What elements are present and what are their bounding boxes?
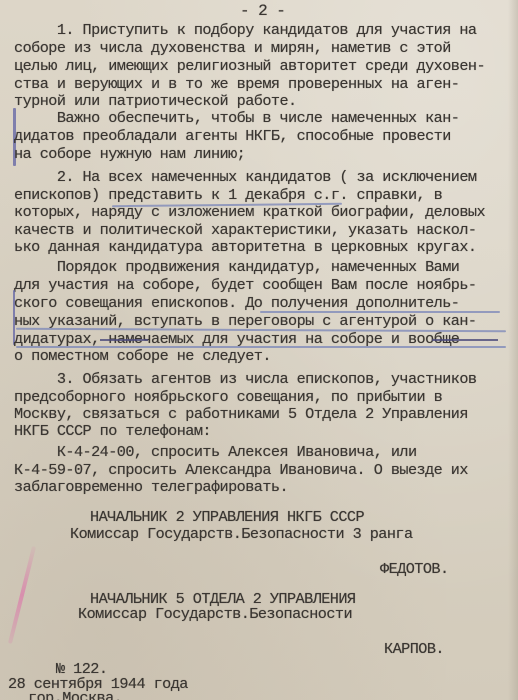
text-line: которых, наряду с изложением краткой био… — [14, 203, 485, 221]
signature-title: НАЧАЛЬНИК 2 УПРАВЛЕНИЯ НКГБ СССР — [90, 508, 364, 526]
text-line: турной или патриотической работе. — [14, 92, 297, 110]
text-line: ского совещания епископов. До получения … — [14, 294, 459, 312]
text-line: К-4-59-07, спросить Александра Ивановича… — [14, 461, 468, 479]
document-place: гор.Москва. — [28, 689, 122, 700]
text-line: Важно обеспечить, чтобы в числе намеченн… — [14, 109, 459, 127]
page-number: - 2 - — [240, 2, 285, 20]
text-line: целью лиц, имеющих религиозный авторитет… — [14, 57, 485, 75]
text-line: на соборе нужную нам линию; — [14, 145, 245, 163]
signature-name: ФЕДОТОВ. — [380, 560, 449, 578]
text-line: ько данная кандидатура авторитетна в цер… — [14, 238, 476, 256]
strikethrough — [432, 339, 498, 341]
text-line: 3. Обязать агентов из числа епископов, у… — [14, 370, 476, 388]
text-line: ства и верующих и в то же время проверен… — [14, 75, 459, 93]
text-line: 1. Приступить к подбору кандидатов для у… — [14, 21, 476, 39]
text-line: К-4-24-00, спросить Алексея Ивановича, и… — [14, 443, 417, 461]
text-line: епископов) представить к 1 декабря с.г. … — [14, 186, 442, 204]
text-line: качеств и политической характеристики, у… — [14, 221, 476, 239]
text-line: предсоборного ноябрьского совещания, по … — [14, 388, 442, 406]
signature-rank: Комиссар Государств.Безопасности — [78, 605, 352, 623]
text-line: НКГБ СССР по телефонам: — [14, 422, 211, 440]
strikethrough — [100, 339, 148, 341]
text-line: заблаговременно телеграфировать. — [14, 478, 288, 496]
text-line: дидатов преобладали агенты НКГБ, способн… — [14, 127, 451, 145]
text-line: Порядок продвижения кандидатур, намеченн… — [14, 258, 459, 276]
text-line: для участия на соборе, будет сообщен Вам… — [14, 276, 476, 294]
text-line: соборе из числа духовенства и мирян, нам… — [14, 39, 451, 57]
signature-name: КАРПОВ. — [384, 640, 444, 658]
page-edge-shadow — [508, 0, 518, 700]
text-line: о поместном соборе не следует. — [14, 347, 271, 365]
text-line: Москву, связаться с работниками 5 Отдела… — [14, 405, 468, 423]
signature-rank: Комиссар Государств.Безопасности 3 ранга — [70, 525, 413, 543]
text-line: 2. На всех намеченных кандидатов ( за ис… — [14, 168, 476, 186]
